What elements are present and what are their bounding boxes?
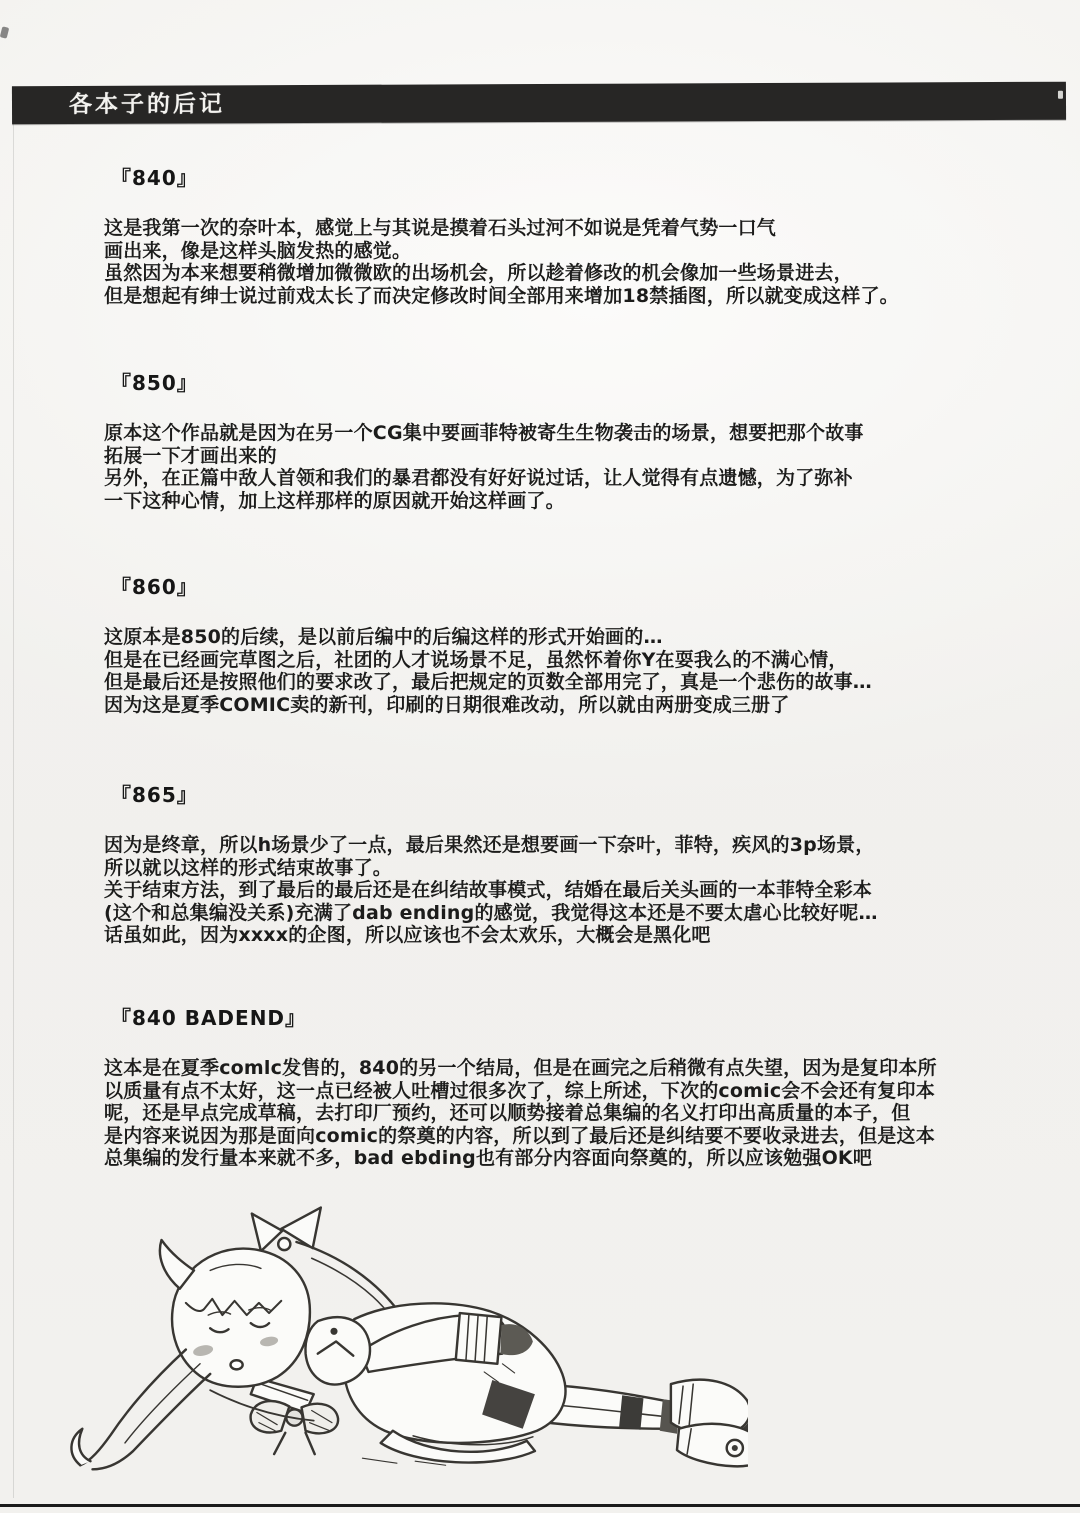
section-840-badend: 『840 BADEND』 这本是在夏季comlc发售的，840的另一个结局，但是…: [104, 1006, 990, 1170]
page-left-edge: [13, 118, 14, 1498]
text-line: 虽然因为本来想要稍微增加微微欧的出场机会，所以趁着修改的机会像加一些场景进去，: [104, 262, 990, 285]
text-line: 总集编的发行量本来就不多，bad ebding也有部分内容面向祭奠的，所以应该勉…: [104, 1147, 990, 1170]
text-line: 因为是终章，所以h场景少了一点，最后果然还是想要画一下奈叶，菲特，疾风的3p场景…: [104, 834, 990, 857]
section-heading: 『865』: [111, 783, 990, 807]
scanned-afterword-page: 各本子的后记 『840』 这是我第一次的奈叶本，感觉上与其说是摸着石头过河不如说…: [0, 0, 1080, 1513]
text-line: 画出来，像是这样头脑发热的感觉。: [104, 240, 990, 263]
text-line: 这本是在夏季comlc发售的，840的另一个结局，但是在画完之后稍微有点失望，因…: [104, 1057, 990, 1080]
text-line: 但是最后还是按照他们的要求改了，最后把规定的页数全部用完了，真是一个悲伤的故事…: [104, 671, 990, 694]
text-line: 但是在已经画完草图之后，社团的人才说场景不足，虽然怀着你Y在耍我么的不满心情，: [104, 649, 990, 672]
scan-artifact: [0, 26, 9, 38]
text-line: 这是我第一次的奈叶本，感觉上与其说是摸着石头过河不如说是凭着气势一口气: [104, 217, 990, 240]
text-line: 一下这种心情，加上这样那样的原因就开始这样画了。: [104, 490, 990, 513]
hair-front-tail: [80, 1350, 186, 1466]
section-heading: 『840 BADEND』: [111, 1006, 990, 1030]
mouth: [231, 1360, 243, 1369]
text-line: 拓展一下才画出来的: [104, 445, 990, 468]
pauldron: [305, 1317, 370, 1384]
text-line: 另外，在正篇中敌人首领和我们的暴君都没有好好说过话，让人觉得有点遗憾，为了弥补: [104, 467, 990, 490]
text-line: 是内容来说因为那是面向comic的祭奠的内容，所以到了最后还是纠结要不要收录进去…: [104, 1125, 990, 1148]
header-bar: 各本子的后记: [12, 82, 1066, 125]
section-heading: 『860』: [111, 575, 990, 599]
section-body: 因为是终章，所以h场景少了一点，最后果然还是想要画一下奈叶，菲特，疾风的3p场景…: [104, 834, 990, 947]
section-heading: 『840』: [111, 166, 990, 190]
text-line: 所以就以这样的形式结束故事了。: [104, 857, 990, 880]
text-line: 呢，还是早点完成草稿，去打印厂预约，还可以顺势接着总集编的名义打印出高质量的本子…: [104, 1102, 990, 1125]
text-line: 话虽如此，因为xxxx的企图，所以应该也不会太欢乐，大概会是黑化吧: [104, 924, 990, 947]
sleeping-girl-illustration: [58, 1198, 748, 1490]
text-line: (这个和总集编没关系)充满了dab ending的感觉，我觉得这本还是不要太虐心…: [104, 902, 990, 925]
text-line: 原本这个作品就是因为在另一个CG集中要画菲特被寄生生物袭击的场景，想要把那个故事: [104, 422, 990, 445]
text-line: 因为这是夏季COMIC卖的新刊，印刷的日期很难改动，所以就由两册变成三册了: [104, 694, 990, 717]
section-heading: 『850』: [111, 371, 990, 395]
text-line: 关于结束方法，到了最后的最后还是在纠结故事模式，结婚在最后关头画的一本菲特全彩本: [104, 879, 990, 902]
text-line: 但是想起有绅士说过前戏太长了而决定修改时间全部用来增加18禁插图，所以就变成这样…: [104, 285, 990, 308]
section-body: 这原本是850的后续，是以前后编中的后编这样的形式开始画的…但是在已经画完草图之…: [104, 626, 990, 716]
section-850: 『850』 原本这个作品就是因为在另一个CG集中要画菲特被寄生生物袭击的场景，想…: [104, 371, 990, 512]
text-line: 这原本是850的后续，是以前后编中的后编这样的形式开始画的…: [104, 626, 990, 649]
page-bottom-edge: [0, 1504, 1080, 1507]
text-line: 以质量有点不太好，这一点已经被人吐槽过很多次了，综上所述，下次的comic会不会…: [104, 1080, 990, 1103]
section-body: 这本是在夏季comlc发售的，840的另一个结局，但是在画完之后稍微有点失望，因…: [104, 1057, 990, 1170]
boot-lower: [677, 1424, 748, 1467]
page-title: 各本子的后记: [69, 85, 225, 124]
section-body: 原本这个作品就是因为在另一个CG集中要画菲特被寄生生物袭击的场景，想要把那个故事…: [104, 422, 990, 512]
section-865: 『865』 因为是终章，所以h场景少了一点，最后果然还是想要画一下奈叶，菲特，疾…: [104, 783, 990, 947]
section-840: 『840』 这是我第一次的奈叶本，感觉上与其说是摸着石头过河不如说是凭着气势一口…: [104, 166, 990, 307]
section-860: 『860』 这原本是850的后续，是以前后编中的后编这样的形式开始画的…但是在已…: [104, 575, 990, 716]
section-body: 这是我第一次的奈叶本，感觉上与其说是摸着石头过河不如说是凭着气势一口气画出来，像…: [104, 217, 990, 307]
